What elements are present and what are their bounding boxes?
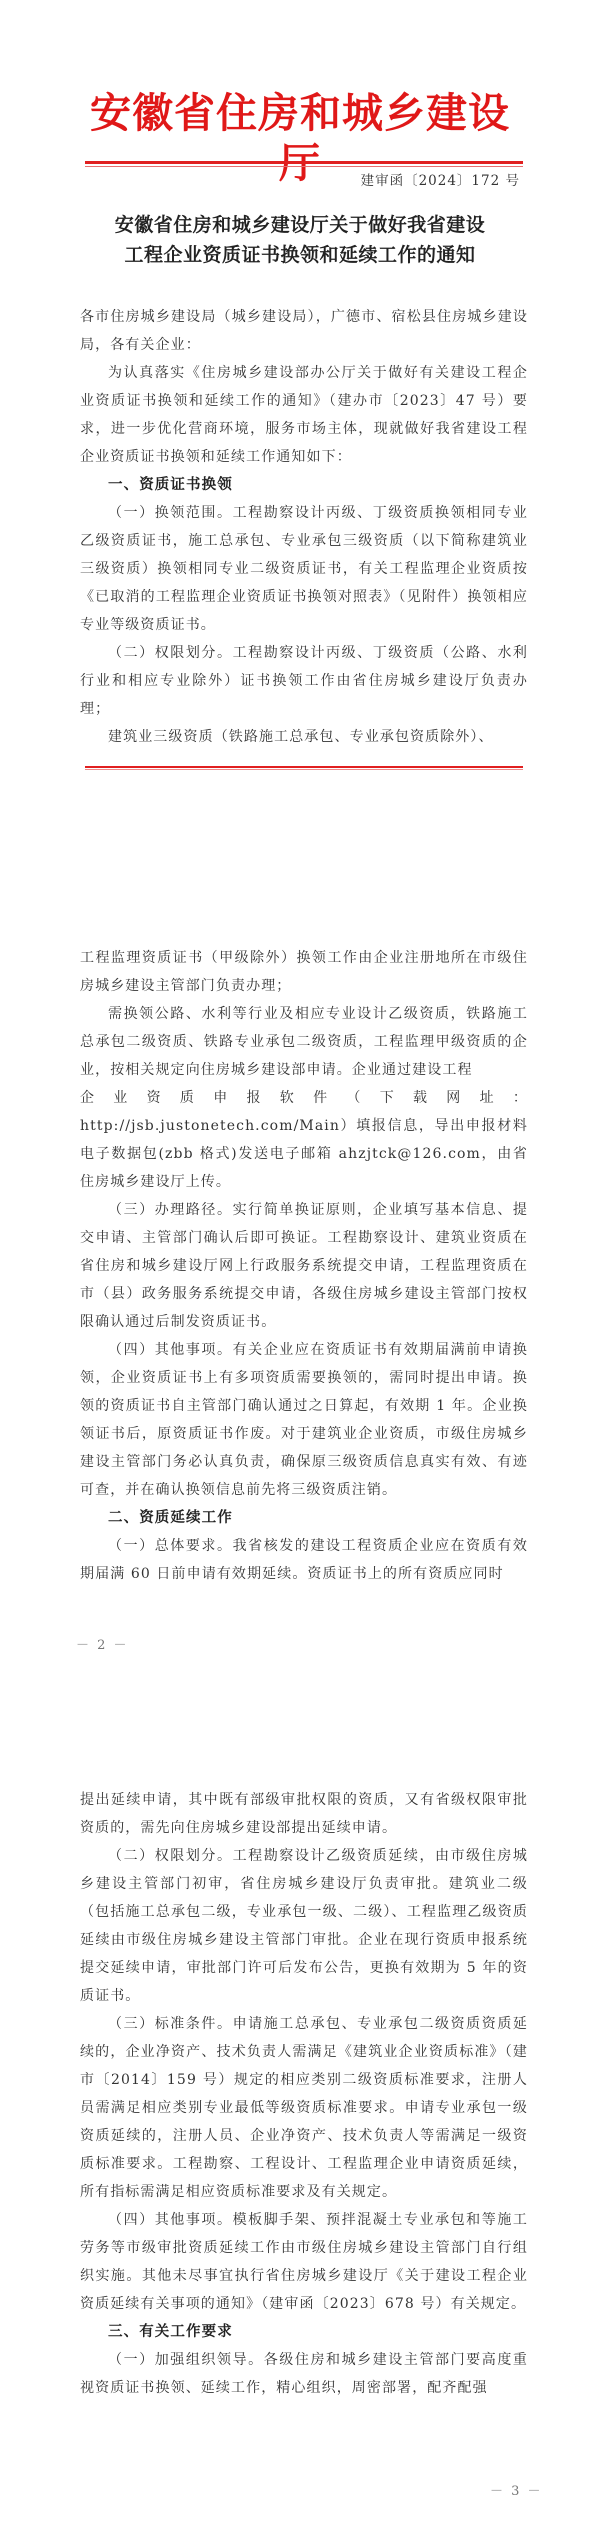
download-url-and-email: http://jsb.justonetech.com/Main）填报信息，导出申… (80, 1118, 528, 1190)
salutation: 各市住房城乡建设局（城乡建设局），广德市、宿松县住房城乡建设局，各有关企业： (80, 303, 528, 359)
section-1-item-3: （三）办理路径。实行简单换证原则，企业填写基本信息、提交申请、主管部门确认后即可… (80, 1196, 528, 1336)
highlight-red-rule (85, 766, 523, 768)
title-line-2: 工程企业资质证书换领和延续工作的通知 (60, 240, 540, 270)
document-title: 安徽省住房和城乡建设厅关于做好我省建设 工程企业资质证书换领和延续工作的通知 (60, 210, 540, 270)
intro-paragraph: 为认真落实《住房城乡建设部办公厅关于做好有关建设工程企业资质证书换领和延续工作的… (80, 359, 528, 471)
title-line-1: 安徽省住房和城乡建设厅关于做好我省建设 (60, 210, 540, 240)
section-1-heading: 一、资质证书换领 (80, 471, 528, 499)
section-1-item-4: （四）其他事项。有关企业应在资质证书有效期届满前申请换领，企业资质证书上有多项资… (80, 1336, 528, 1504)
section-1-item-2-page2: 工程监理资质证书（甲级除外）换领工作由企业注册地所在市级住房城乡建设主管部门负责… (80, 944, 528, 1000)
section-1-item-2-continued: 建筑业三级资质（铁路施工总承包、专业承包资质除外）、 (80, 723, 528, 751)
section-2-item-2: （二）权限划分。工程勘察设计乙级资质延续，由市级住房城乡建设主管部门初审，省住房… (80, 1842, 528, 2010)
section-3-heading: 三、有关工作要求 (80, 2318, 528, 2346)
masthead-red-rule (85, 161, 523, 164)
document-number: 建审函〔2024〕172 号 (300, 169, 520, 189)
section-2-item-4: （四）其他事项。模板脚手架、预拌混凝土专业承包和等施工劳务等市级审批资质延续工作… (80, 2206, 528, 2318)
section-1-item-2-spread-line: 企业资质申报软件（下载网址： (80, 1084, 528, 1112)
section-2-heading: 二、资质延续工作 (80, 1504, 528, 1532)
page-number-2: － 2 － (76, 1634, 129, 1653)
section-1-item-1: （一）换领范围。工程勘察设计丙级、丁级资质换领相同专业乙级资质证书，施工总承包、… (80, 499, 528, 639)
highlight-red-rule-thin (85, 769, 523, 770)
section-2-item-1-part-a: （一）总体要求。我省核发的建设工程资质企业应在资质有效期届满 60 日前申请有效… (80, 1532, 528, 1588)
masthead-red-rule-thin (85, 166, 523, 167)
section-2-item-3: （三）标准条件。申请施工总承包、专业承包二级资质资质延续的，企业净资产、技术负责… (80, 2010, 528, 2206)
section-3-item-1: （一）加强组织领导。各级住房和城乡建设主管部门要高度重视资质证书换领、延续工作，… (80, 2346, 528, 2402)
section-2-item-1-part-b: 提出延续申请，其中既有部级审批权限的资质，又有省级权限审批资质的，需先向住房城乡… (80, 1786, 528, 1842)
section-1-item-2: （二）权限划分。工程勘察设计丙级、丁级资质（公路、水利行业和相应专业除外）证书换… (80, 639, 528, 723)
page-number-3: － 3 － (490, 2480, 543, 2499)
section-1-item-2-url-line: http://jsb.justonetech.com/Main）填报信息，导出申… (80, 1112, 528, 1196)
section-1-item-2-paragraph-2: 需换领公路、水利等行业及相应专业设计乙级资质，铁路施工总承包二级资质、铁路专业承… (80, 1000, 528, 1084)
